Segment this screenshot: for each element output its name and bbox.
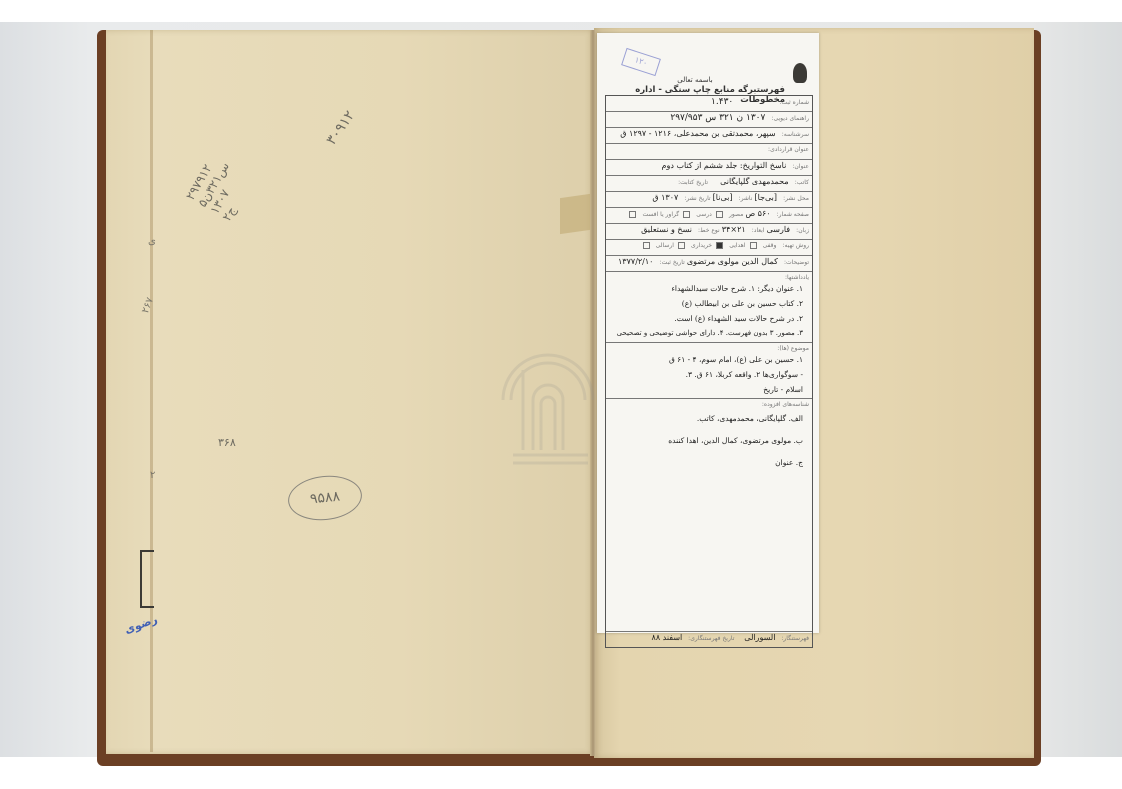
- field-value: کمال الدین مولوی مرتضوی: [687, 257, 778, 266]
- card-stamp: ۱۲۰: [621, 48, 661, 76]
- bracket-mark: [140, 550, 154, 608]
- field-added-entries: شناسه‌های افزوده: الف. گلپایگانی، محمدمه…: [606, 399, 812, 632]
- library-watermark-icon: [493, 330, 603, 470]
- field-cataloger: فهرستنگار: السورالی تاریخ فهرستنگاری: اس…: [606, 632, 812, 647]
- field-value: نسخ و نستعلیق: [641, 225, 692, 234]
- field-value: فارسی: [767, 225, 791, 234]
- field-uniform-title: عنوان قراردادی:: [606, 144, 812, 160]
- field-value: ۱۳۰۷ ق: [652, 193, 678, 202]
- field-label: ناشر:: [739, 195, 753, 202]
- checkbox: [643, 242, 650, 249]
- field-label: زبان:: [796, 227, 809, 234]
- checkbox: [716, 211, 723, 218]
- remark-line: ۲. در شرح حالات سید الشهداء (ع) است.: [609, 311, 809, 326]
- catalog-card: ۱۲۰ باسمه تعالی فهرستبرگه منابع چاپ سنگی…: [597, 33, 819, 633]
- added-entry-line: الف. گلپایگانی، محمدمهدی، کاتب.: [609, 408, 809, 430]
- margin-mark: ۲: [150, 470, 155, 481]
- option-label: درسی: [696, 211, 712, 218]
- checkbox: [629, 211, 636, 218]
- field-value: ۵۶۰ ص: [745, 209, 770, 218]
- catalog-fields: شماره ثبت: ۱.۴۳۰ راهنمای دیویی: ۱۳۰۷ ن ۳…: [605, 95, 813, 648]
- added-entry-line: ب. مولوی مرتضوی، کمال الدین، اهدا کننده: [609, 430, 809, 452]
- option-label: اهدایی: [729, 242, 745, 249]
- field-value: محمدمهدی گلپایگانی: [720, 177, 789, 186]
- field-label: تاریخ ثبت:: [660, 259, 685, 266]
- option-label: خریداری: [691, 242, 712, 249]
- field-notes: توضیحات: کمال الدین مولوی مرتضوی تاریخ ث…: [606, 256, 812, 272]
- remark-line: ۲. کتاب حسین بن علی بن ابیطالب (ع): [609, 296, 809, 311]
- field-remarks: یادداشتها: ۱. عنوان دیگر: ۱. شرح حالات س…: [606, 272, 812, 343]
- field-label: شماره ثبت:: [779, 99, 809, 106]
- field-value: سپهر، محمدتقی بن محمدعلی، ۱۲۱۶ - ۱۲۹۷ ق: [620, 129, 775, 138]
- field-value: ناسخ التواریخ: جلد ششم از کتاب دوم: [662, 161, 787, 170]
- remark-line: ۳. مصور. ۳ بدون فهرست. ۴. دارای حواشی تو…: [609, 326, 809, 341]
- checkbox-checked: [716, 242, 723, 249]
- field-subjects: موضوع (ها): ۱. حسین بن علی (ع)، امام سوم…: [606, 343, 812, 399]
- field-value: ۱۳۷۷/۲/۱۰: [618, 257, 653, 266]
- subject-line: ۱. حسین بن علی (ع)، امام سوم، ۴ - ۶۱ ق: [609, 352, 809, 367]
- option-label: وقفی: [763, 242, 777, 249]
- field-label: موضوع (ها):: [777, 345, 809, 352]
- subject-line: - سوگواری‌ها ۲. واقعه کربلا، ۶۱ ق. ۳.: [609, 367, 809, 382]
- field-value: اسفند ۸۸: [652, 633, 683, 642]
- field-label: نوع خط:: [698, 227, 720, 234]
- field-label: راهنمای دیویی:: [771, 115, 809, 122]
- field-label: عنوان قراردادی:: [768, 146, 809, 153]
- field-label: عنوان:: [792, 163, 809, 170]
- field-label: تاریخ کتابت:: [678, 179, 708, 186]
- checkbox: [678, 242, 685, 249]
- field-language-size: زبان: فارسی ابعاد: ۲۱×۳۴ نوع خط: نسخ و ن…: [606, 224, 812, 240]
- field-acquisition: روش تهیه: وقفی اهدایی خریداری ارسالی: [606, 240, 812, 256]
- field-label: تاریخ فهرستنگاری:: [688, 635, 734, 642]
- field-label: ابعاد:: [752, 227, 765, 234]
- field-label: صفحه شمار:: [777, 211, 809, 218]
- field-value: ۱۳۰۷ ن ۳۲۱ س ۲۹۷/۹۵۳: [670, 113, 765, 123]
- field-registration-number: شماره ثبت: ۱.۴۳۰: [606, 96, 812, 112]
- field-label: تاریخ نشر:: [684, 195, 710, 202]
- field-pagination: صفحه شمار: ۵۶۰ ص مصور درسی گراور یا افست: [606, 208, 812, 224]
- field-value: ۱.۴۳۰: [711, 97, 733, 107]
- field-label: توضیحات:: [784, 259, 809, 266]
- option-label: ارسالی: [656, 242, 674, 249]
- checkbox: [750, 242, 757, 249]
- field-title: عنوان: ناسخ التواریخ: جلد ششم از کتاب دو…: [606, 160, 812, 176]
- checkbox: [683, 211, 690, 218]
- card-header-small: باسمه تعالی: [605, 75, 785, 85]
- field-label: محل نشر:: [783, 195, 809, 202]
- field-label: سرشناسه:: [782, 131, 809, 138]
- circled-number-text: ۹۵۸۸: [309, 488, 341, 507]
- field-label: روش تهیه:: [782, 242, 809, 249]
- option-label: گراور یا افست: [642, 211, 679, 218]
- remark-line: ۱. عنوان دیگر: ۱. شرح حالات سیدالشهداء: [609, 281, 809, 296]
- tape-patch: [560, 194, 590, 234]
- subject-line: اسلام - تاریخ: [609, 382, 809, 397]
- field-value: [بی‌نا]: [713, 193, 733, 202]
- field-value: السورالی: [744, 633, 775, 642]
- field-value: ۲۱×۳۴: [722, 225, 746, 234]
- field-call-number: راهنمای دیویی: ۱۳۰۷ ن ۳۲۱ س ۲۹۷/۹۵۳: [606, 112, 812, 128]
- field-author: سرشناسه: سپهر، محمدتقی بن محمدعلی، ۱۲۱۶ …: [606, 128, 812, 144]
- field-value: [بی‌جا]: [754, 193, 777, 202]
- added-entry-line: ج. عنوان: [609, 452, 809, 474]
- field-label: شناسه‌های افزوده:: [762, 401, 809, 408]
- field-scribe: کاتب: محمدمهدی گلپایگانی تاریخ کتابت:: [606, 176, 812, 192]
- library-logo-icon: [793, 63, 807, 83]
- flyleaf-edge: [150, 30, 153, 752]
- field-label: کاتب:: [795, 179, 809, 186]
- option-label: مصور: [729, 211, 743, 218]
- margin-mark: ی: [148, 236, 156, 247]
- field-label: یادداشتها:: [785, 274, 809, 281]
- handwritten-page-mark: ۳۶۸: [218, 436, 236, 449]
- field-label: فهرستنگار:: [781, 635, 809, 642]
- field-publication: محل نشر: [بی‌جا] ناشر: [بی‌نا] تاریخ نشر…: [606, 192, 812, 208]
